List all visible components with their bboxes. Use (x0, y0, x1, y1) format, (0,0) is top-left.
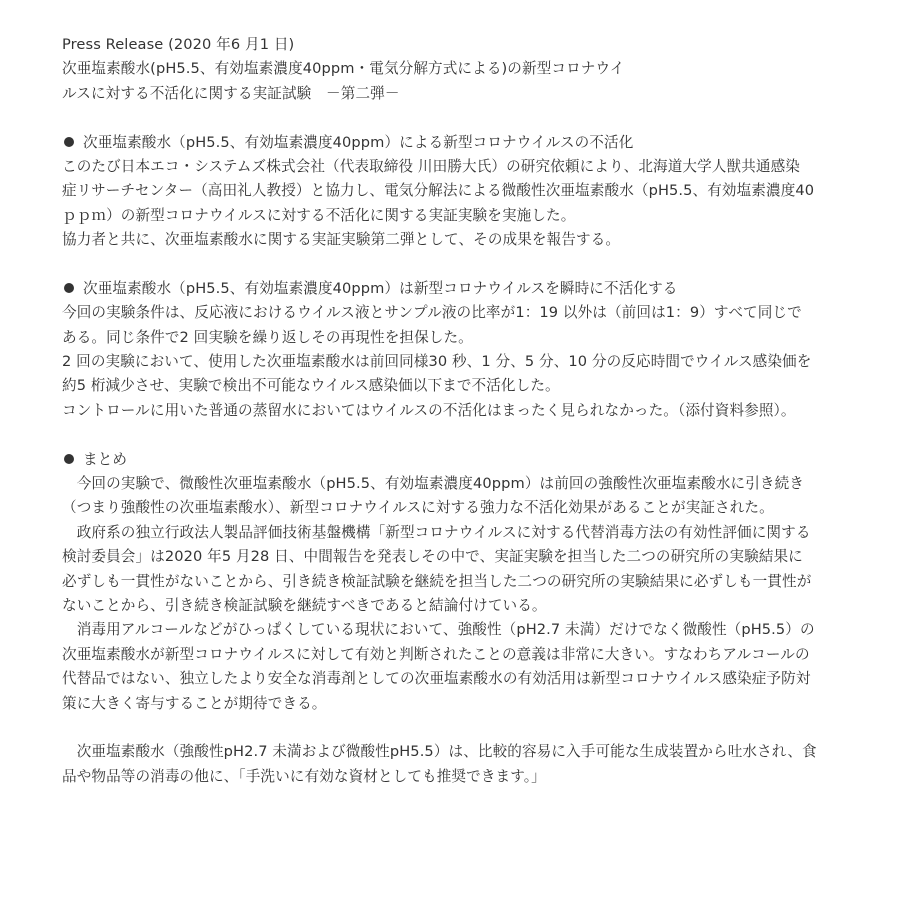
bullet-icon (64, 137, 74, 147)
spacer (62, 106, 862, 130)
summary-line: 今回の実験で、微酸性次亜塩素酸水（pH5.5、有効塩素濃度40ppm）は前回の強… (62, 472, 862, 496)
spacer (62, 716, 862, 740)
bullet-icon (64, 283, 74, 293)
closing-line: 次亜塩素酸水（強酸性pH2.7 未満および微酸性pH5.5）は、比較的容易に入手… (62, 740, 862, 764)
summary-line: 検討委員会」は2020 年5 月28 日、中間報告を発表しその中で、実証実験を担… (62, 545, 862, 569)
section-1-line: 症リサーチセンター（高田礼人教授）と協力し、電気分解法による微酸性次亜塩素酸水（… (62, 179, 862, 203)
summary-heading-text: まとめ (83, 451, 127, 468)
summary-line: 策に大きく寄与することが期待できる。 (62, 692, 862, 716)
summary-line: 次亜塩素酸水が新型コロナウイルスに対して有効と判断されたことの意義は非常に大きい… (62, 643, 862, 667)
section-1-heading-text: 次亜塩素酸水（pH5.5、有効塩素濃度40ppm）による新型コロナウイルスの不活… (83, 134, 633, 151)
press-release-document: Press Release (2020 年6 月1 日) 次亜塩素酸水(pH5.… (62, 33, 862, 789)
section-1-heading: 次亜塩素酸水（pH5.5、有効塩素濃度40ppm）による新型コロナウイルスの不活… (62, 131, 862, 155)
section-1-line: 協力者と共に、次亜塩素酸水に関する実証実験第二弾として、その成果を報告する。 (62, 228, 862, 252)
section-2-line: ある。同じ条件で2 回実験を繰り返しその再現性を担保した。 (62, 326, 862, 350)
summary-line: 代替品ではない、独立したより安全な消毒剤としての次亜塩素酸水の有効活用は新型コロ… (62, 667, 862, 691)
closing-line: 品や物品等の消毒の他に、「手洗いに有効な資材としても推奨できます。」 (62, 765, 862, 789)
section-2-heading: 次亜塩素酸水（pH5.5、有効塩素濃度40ppm）は新型コロナウイルスを瞬時に不… (62, 277, 862, 301)
section-2-line: 今回の実験条件は、反応液におけるウイルス液とサンプル液の比率が1：19 以外は（… (62, 301, 862, 325)
spacer (62, 253, 862, 277)
section-2-heading-text: 次亜塩素酸水（pH5.5、有効塩素濃度40ppm）は新型コロナウイルスを瞬時に不… (83, 280, 677, 297)
summary-line: 消毒用アルコールなどがひっぱくしている現状において、強酸性（pH2.7 未満）だ… (62, 618, 862, 642)
title-line-1: 次亜塩素酸水(pH5.5、有効塩素濃度40ppm・電気分解方式による)の新型コロ… (62, 57, 862, 81)
section-2-line: 約5 桁減少させ、実験で検出不可能なウイルス感染価以下まで不活化した。 (62, 374, 862, 398)
summary-line: 必ずしも一貫性がないことから、引き続き検証試験を継続を担当した二つの研究所の実験… (62, 570, 862, 594)
section-1-line: ｐｐｍ）の新型コロナウイルスに対する不活化に関する実証実験を実施した。 (62, 204, 862, 228)
summary-heading: まとめ (62, 448, 862, 472)
spacer (62, 423, 862, 447)
section-2-line: コントロールに用いた普通の蒸留水においてはウイルスの不活化はまったく見られなかっ… (62, 399, 862, 423)
bullet-icon (64, 454, 74, 464)
press-release-date: Press Release (2020 年6 月1 日) (62, 33, 862, 57)
section-1-line: このたび日本エコ・システムズ株式会社（代表取締役 川田勝大氏）の研究依頼により、… (62, 155, 862, 179)
section-2-line: 2 回の実験において、使用した次亜塩素酸水は前回同様30 秒、1 分、5 分、1… (62, 350, 862, 374)
summary-line: ないことから、引き続き検証試験を継続すべきであると結論付けている。 (62, 594, 862, 618)
summary-line: 政府系の独立行政法人製品評価技術基盤機構「新型コロナウイルスに対する代替消毒方法… (62, 521, 862, 545)
title-line-2: ルスに対する不活化に関する実証試験 －第二弾－ (62, 82, 862, 106)
summary-line: （つまり強酸性の次亜塩素酸水）、新型コロナウイルスに対する強力な不活化効果がある… (62, 496, 862, 520)
